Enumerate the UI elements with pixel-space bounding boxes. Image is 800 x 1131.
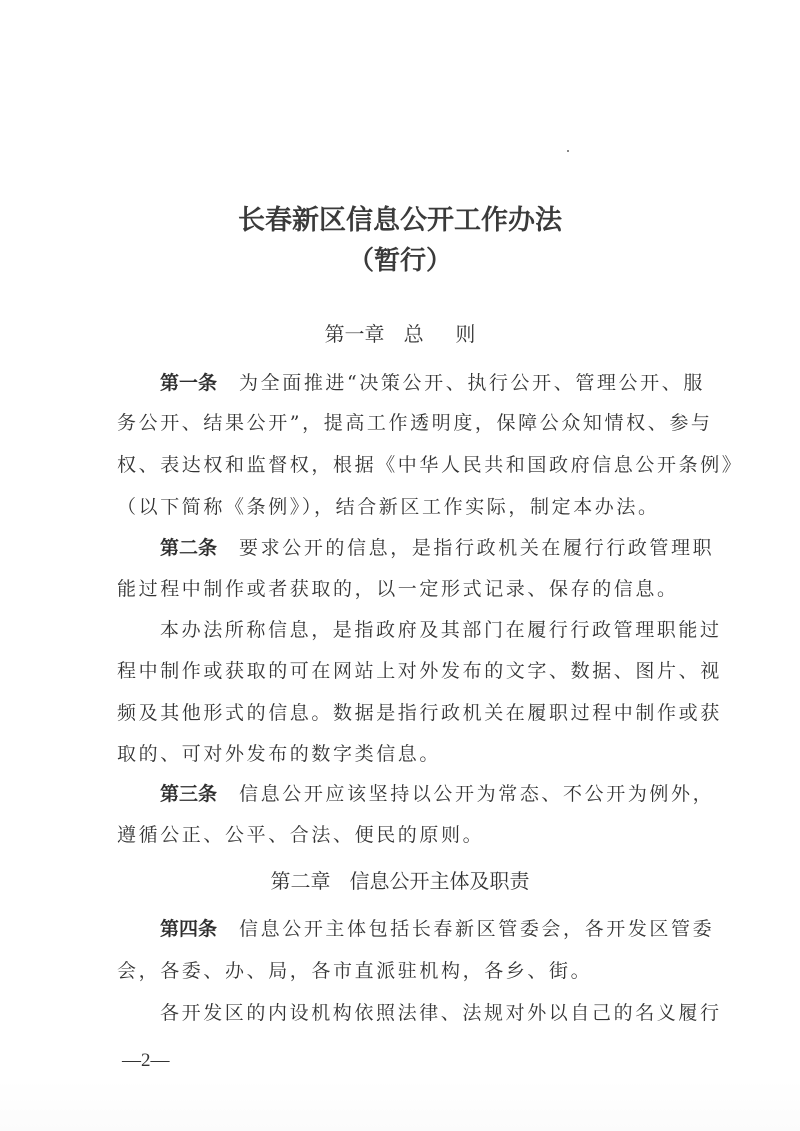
document-subtitle: （暂行） [0,240,800,277]
scan-speck [567,150,569,152]
paragraph-line: 第二条要求公开的信息，是指行政机关在履行行政管理职 [160,536,730,560]
page-number: —2— [122,1050,170,1072]
chapter-heading-1: 第一章 总 则 [0,318,800,347]
paragraph-line: 频及其他形式的信息。数据是指行政机关在履职过程中制作或获 [117,701,687,725]
paragraph-line: 务公开、结果公开”，提高工作透明度，保障公众知情权、参与 [117,411,687,435]
line-text: 信息公开主体包括长春新区管委会，各开发区管委 [239,918,714,940]
paragraph-line: 第一条为全面推进“决策公开、执行公开、管理公开、服 [160,371,730,395]
article-label: 第二条 [160,537,217,559]
paragraph-line: 遵循公正、公平、合法、便民的原则。 [117,823,687,847]
line-text: 信息公开应该坚持以公开为常态、不公开为例外， [239,783,714,805]
article-label: 第一条 [160,372,217,394]
article-label: 第四条 [160,918,217,940]
paragraph-line: 取的、可对外发布的数字类信息。 [117,742,687,766]
document-title: 长春新区信息公开工作办法 [0,198,800,237]
scan-edge-shade [0,1080,800,1131]
paragraph-line: 第三条信息公开应该坚持以公开为常态、不公开为例外， [160,782,730,806]
paragraph-line: 程中制作或获取的可在网站上对外发布的文字、数据、图片、视 [117,659,687,683]
paragraph-line: 本办法所称信息，是指政府及其部门在履行行政管理职能过 [160,618,730,642]
paragraph-line: 权、表达权和监督权，根据《中华人民共和国政府信息公开条例》 [117,453,687,477]
chapter-heading-2: 第二章 信息公开主体及职责 [0,865,800,894]
article-label: 第三条 [160,783,217,805]
line-text: 要求公开的信息，是指行政机关在履行行政管理职 [239,537,714,559]
paragraph-line: 第四条信息公开主体包括长春新区管委会，各开发区管委 [160,917,730,941]
paragraph-line: 能过程中制作或者获取的，以一定形式记录、保存的信息。 [117,577,687,601]
paragraph-line: （以下简称《条例》），结合新区工作实际，制定本办法。 [117,495,687,519]
paragraph-line: 各开发区的内设机构依照法律、法规对外以自己的名义履行 [160,1001,730,1025]
paragraph-line: 会，各委、办、局，各市直派驻机构，各乡、街。 [117,959,687,983]
document-page: 长春新区信息公开工作办法 （暂行） 第一章 总 则 第一条为全面推进“决策公开、… [0,0,800,1131]
line-text: 为全面推进“决策公开、执行公开、管理公开、服 [239,372,705,394]
